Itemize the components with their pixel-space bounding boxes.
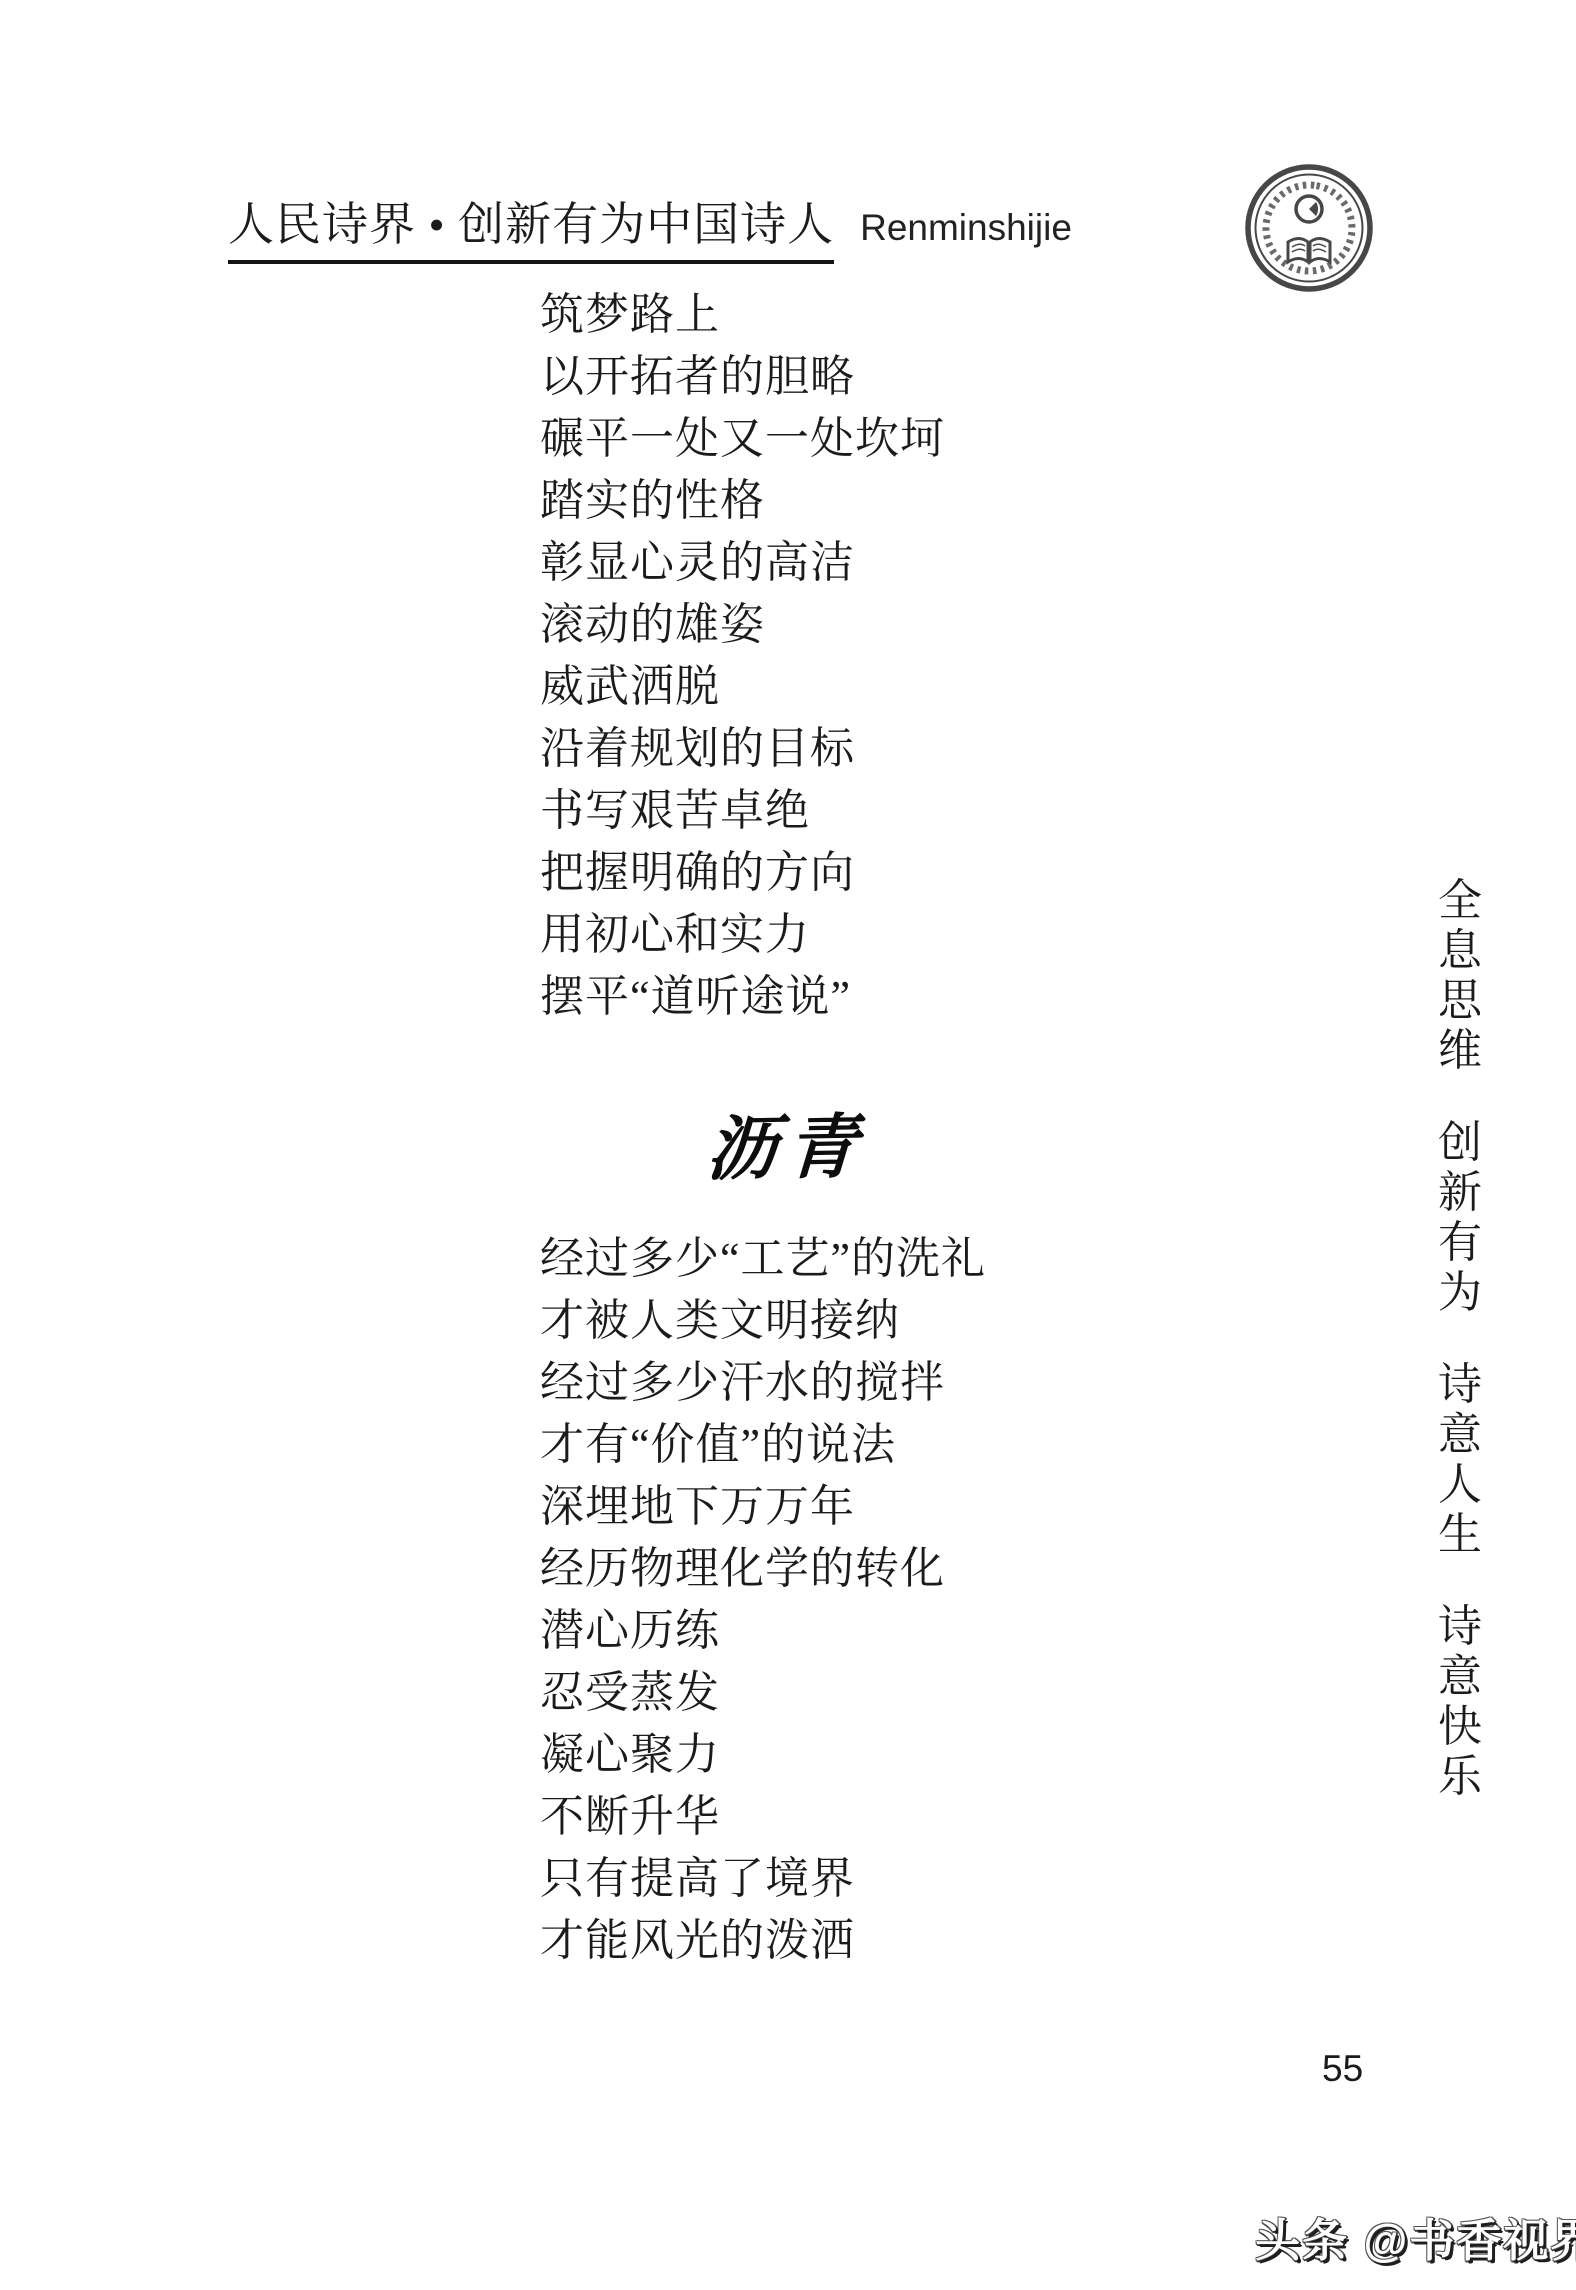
journal-title-chinese: 人民诗界 • 创新有为中国诗人 xyxy=(228,188,834,264)
poem-line: 经过多少汗水的搅拌 xyxy=(540,1352,986,1414)
poem-line: 才被人类文明接纳 xyxy=(540,1290,986,1352)
logo-inner-ring xyxy=(1256,175,1363,282)
poem-line: 忍受蒸发 xyxy=(540,1662,986,1724)
poem-line: 深埋地下万万年 xyxy=(540,1476,986,1538)
poem-line: 才有“价值”的说法 xyxy=(540,1414,986,1476)
poem-stanza-1: 筑梦路上 以开拓者的胆略 碾平一处又一处坎坷 踏实的性格 彰显心灵的高洁 滚动的… xyxy=(540,284,945,1028)
page-number: 55 xyxy=(1322,2048,1363,2090)
poem-line: 威武洒脱 xyxy=(540,656,945,718)
poem-line: 潜心历练 xyxy=(540,1600,986,1662)
poem-line: 经历物理化学的转化 xyxy=(540,1538,986,1600)
poem-line: 才能风光的泼洒 xyxy=(540,1910,986,1972)
poem-line: 踏实的性格 xyxy=(540,470,945,532)
logo-g-mark xyxy=(1296,196,1322,222)
page-header: 人民诗界 • 创新有为中国诗人 Renminshijie xyxy=(228,188,1072,264)
poem-line: 以开拓者的胆略 xyxy=(540,346,945,408)
poem-line: 凝心聚力 xyxy=(540,1724,986,1786)
poem-line: 沿着规划的目标 xyxy=(540,718,945,780)
poem-line: 把握明确的方向 xyxy=(540,842,945,904)
seal-icon xyxy=(1243,162,1375,294)
poem-line: 不断升华 xyxy=(540,1786,986,1848)
poem-line: 摆平“道听途说” xyxy=(540,966,945,1028)
vertical-slogan: 全息思维 创新有为 诗意人生 诗意快乐 xyxy=(1433,876,1487,1844)
vertical-slogan-group: 创新有为 xyxy=(1433,1118,1487,1318)
vertical-slogan-group: 诗意快乐 xyxy=(1433,1602,1487,1802)
poem-line: 只有提高了境界 xyxy=(540,1848,986,1910)
poem-line: 滚动的雄姿 xyxy=(540,594,945,656)
poem-line: 碾平一处又一处坎坷 xyxy=(540,408,945,470)
poem-title-calligraphy: 沥青 xyxy=(537,1088,1037,1198)
poem-stanza-2: 经过多少“工艺”的洗礼 才被人类文明接纳 经过多少汗水的搅拌 才有“价值”的说法… xyxy=(540,1228,986,1972)
magazine-page: { "page": { "background": "#ffffff", "te… xyxy=(0,0,1576,2290)
poem-line: 用初心和实力 xyxy=(540,904,945,966)
toutiao-watermark: 头条 @书香视界 xyxy=(1255,2204,1576,2269)
poem-line: 筑梦路上 xyxy=(540,284,945,346)
poem-line: 经过多少“工艺”的洗礼 xyxy=(540,1228,986,1290)
vertical-slogan-group: 全息思维 xyxy=(1433,876,1487,1076)
journal-title-pinyin: Renminshijie xyxy=(860,207,1072,249)
poem-line: 彰显心灵的高洁 xyxy=(540,532,945,594)
poem-line: 书写艰苦卓绝 xyxy=(540,780,945,842)
open-book-icon xyxy=(1288,239,1330,263)
vertical-slogan-group: 诗意人生 xyxy=(1433,1360,1487,1560)
publisher-seal-logo xyxy=(1243,162,1375,294)
